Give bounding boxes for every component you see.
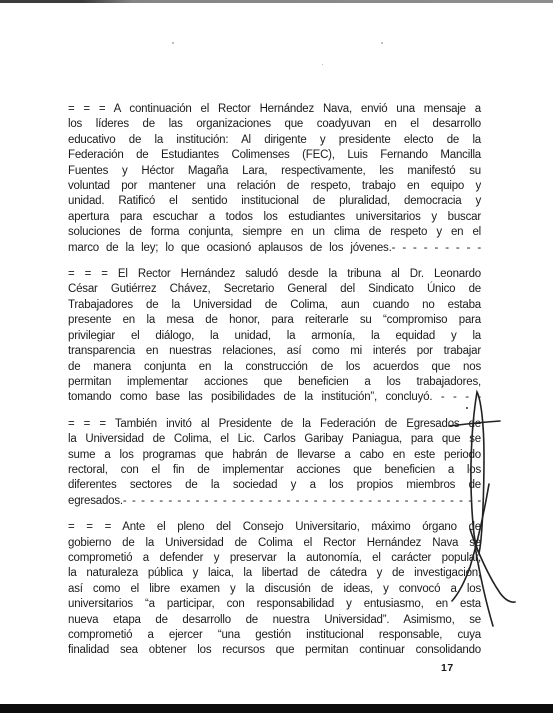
scan-edge-bottom — [0, 704, 553, 713]
text-line: los líderes de las organizaciones que co… — [68, 117, 481, 132]
text-line: soluciones de forma conjunta, siempre en… — [68, 225, 481, 240]
scan-edge-top — [0, 0, 553, 3]
text-line: gobierno de la Universidad de Colima el … — [68, 536, 481, 551]
text-line: así como el libre examen y la discusión … — [68, 582, 481, 597]
scan-speck — [322, 64, 323, 65]
scanned-document-page: = = = A continuación el Rector Hernández… — [0, 0, 553, 715]
text-line: César Gutiérrez Chávez, Secretario Gener… — [68, 282, 481, 297]
text-line: diferentes sectores de la sociedad y a l… — [68, 478, 481, 493]
paragraph-invitacion-egresados: = = = También invitó al Presidente de la… — [68, 417, 481, 509]
text-line: voluntad por mantener una relación de re… — [68, 179, 481, 194]
text-line: tomando como base las posibilidades de l… — [68, 390, 481, 405]
text-line: Fuentes y Héctor Magaña Lara, respectiva… — [68, 164, 481, 179]
text-line: presente en la mesa de honor, para reite… — [68, 313, 481, 328]
text-line: = = = También invitó al Presidente de la… — [68, 417, 481, 432]
text-line: privilegiar el diálogo, la unidad, la ar… — [68, 329, 481, 344]
text-line: marco de la ley; lo que ocasionó aplauso… — [68, 241, 481, 256]
text-line: permitan implementar acciones que benefi… — [68, 375, 481, 390]
text-line: comprometió a ejercer “una gestión insti… — [68, 628, 481, 643]
text-line: = = = El Rector Hernández saludó desde l… — [68, 267, 481, 282]
text-line: egresados.- - - - - - - - - - - - - - - … — [68, 494, 481, 509]
text-line: la naturaleza pública y laica, la libert… — [68, 566, 481, 581]
document-text-block: = = = A continuación el Rector Hernández… — [68, 102, 481, 670]
page-number: 17 — [441, 662, 454, 674]
text-line: = = = Ante el pleno del Consejo Universi… — [68, 520, 481, 535]
text-line: = = = A continuación el Rector Hernández… — [68, 102, 481, 117]
text-line: apertura para escuchar a todos los estud… — [68, 210, 481, 225]
paragraph-rector-mensaje-lideres: = = = A continuación el Rector Hernández… — [68, 102, 481, 256]
text-line: universitarios “a participar, con respon… — [68, 597, 481, 612]
text-line: finalidad sea obtener los recursos que p… — [68, 643, 481, 658]
text-line: Trabajadores de la Universidad de Colima… — [68, 298, 481, 313]
paragraph-consejo-universitario: = = = Ante el pleno del Consejo Universi… — [68, 520, 481, 659]
scan-speck — [381, 42, 383, 44]
text-line: educativo de la institución: Al dirigent… — [68, 133, 481, 148]
text-line: sume a los programas que habrán de lleva… — [68, 448, 481, 463]
text-line: de manera conjunta en la construcción de… — [68, 360, 481, 375]
text-line: nueva etapa de desarrollo de nuestra Uni… — [68, 613, 481, 628]
text-line: comprometió a defender y preservar la au… — [68, 551, 481, 566]
scan-speck — [172, 42, 174, 44]
paragraph-saludo-sindicato: = = = El Rector Hernández saludó desde l… — [68, 267, 481, 406]
text-line: transparencia en nuestras relaciones, as… — [68, 344, 481, 359]
text-line: la Universidad de Colima, el Lic. Carlos… — [68, 432, 481, 447]
text-line: unidad. Ratificó el sentido instituciona… — [68, 194, 481, 209]
text-line: Federación de Estudiantes Colimenses (FE… — [68, 148, 481, 163]
text-line: rectoral, con el fin de implementar acci… — [68, 463, 481, 478]
